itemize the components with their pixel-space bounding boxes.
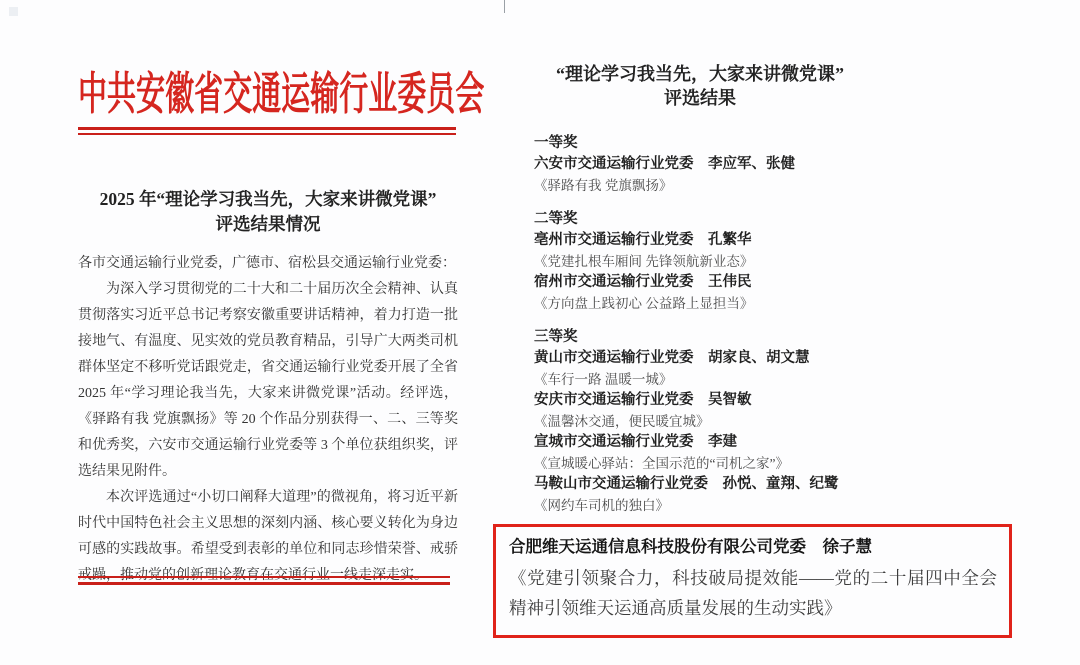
- results-title: “理论学习我当先，大家来讲微党课” 评选结果: [515, 62, 885, 110]
- award-winner: 宣城市交通运输行业党委 李建: [534, 432, 1014, 453]
- award-work-title: 《党建扎根车厢间 先锋领航新业态》: [534, 251, 1014, 272]
- letterhead-title: 中共安徽省交通运输行业委员会: [78, 72, 323, 118]
- document-scan: 中共安徽省交通运输行业委员会 2025 年“理论学习我当先，大家来讲微党课” 评…: [0, 0, 1080, 665]
- doc-body: 各市交通运输行业党委，广德市、宿松县交通运输行业党委： 为深入学习贯彻党的二十大…: [78, 251, 458, 589]
- award-work-title: 《车行一路 温暖一城》: [534, 369, 1014, 390]
- awards-list: 一等奖六安市交通运输行业党委 李应军、张健《驿路有我 党旗飘扬》二等奖亳州市交通…: [534, 133, 1014, 529]
- award-winner: 黄山市交通运输行业党委 胡家良、胡文慧: [534, 348, 1014, 369]
- doc-title: 2025 年“理论学习我当先，大家来讲微党课” 评选结果情况: [78, 187, 458, 237]
- award-tier-label: 三等奖: [534, 327, 1014, 348]
- body-paragraph-2: 本次评选通过“小切口阐释大道理”的微视角，将习近平新时代中国特色社会主义思想的深…: [78, 485, 458, 589]
- scan-artifact: [9, 7, 18, 16]
- award-tier-label: 一等奖: [534, 133, 1014, 154]
- award-section: 二等奖亳州市交通运输行业党委 孔繁华《党建扎根车厢间 先锋领航新业态》宿州市交通…: [534, 209, 1014, 314]
- award-winner: 亳州市交通运输行业党委 孔繁华: [534, 230, 1014, 251]
- results-title-line2: 评选结果: [664, 88, 736, 108]
- award-winner: 宿州市交通运输行业党委 王伟民: [534, 272, 1014, 293]
- award-work-title: 《宣城暖心驿站：全国示范的“司机之家”》: [534, 453, 1014, 474]
- doc-title-line1: 2025 年“理论学习我当先，大家来讲微党课”: [100, 189, 437, 209]
- award-winner: 安庆市交通运输行业党委 吴智敏: [534, 390, 1014, 411]
- left-page: 中共安徽省交通运输行业委员会 2025 年“理论学习我当先，大家来讲微党课” 评…: [78, 60, 458, 589]
- body-paragraph-1: 为深入学习贯彻党的二十大和二十届历次全会精神、认真贯彻落实习近平总书记考察安徽重…: [78, 277, 458, 485]
- award-work-title: 《方向盘上践初心 公益路上显担当》: [534, 293, 1014, 314]
- letterhead-footer-rule: [78, 576, 450, 585]
- award-work-title: 《温馨沐交通，便民暖宜城》: [534, 411, 1014, 432]
- highlight-work-title: 《党建引领聚合力，科技破局提效能——党的二十届四中全会精神引领维天运通高质量发展…: [509, 563, 997, 623]
- highlight-winner: 合肥维天运通信息科技股份有限公司党委 徐子慧: [509, 535, 997, 559]
- award-winner: 六安市交通运输行业党委 李应军、张健: [534, 154, 1014, 175]
- award-work-title: 《驿路有我 党旗飘扬》: [534, 175, 1014, 196]
- salutation-line: 各市交通运输行业党委，广德市、宿松县交通运输行业党委：: [78, 251, 458, 277]
- award-tier-label: 二等奖: [534, 209, 1014, 230]
- award-winner: 马鞍山市交通运输行业党委 孙悦、童翔、纪鹭: [534, 474, 1014, 495]
- results-title-line1: “理论学习我当先，大家来讲微党课”: [556, 64, 844, 84]
- letterhead-rule: [78, 127, 456, 135]
- right-page: “理论学习我当先，大家来讲微党课” 评选结果 一等奖六安市交通运输行业党委 李应…: [505, 62, 1035, 662]
- award-section: 一等奖六安市交通运输行业党委 李应军、张健《驿路有我 党旗飘扬》: [534, 133, 1014, 196]
- doc-title-line2: 评选结果情况: [216, 214, 321, 234]
- award-work-title: 《网约车司机的独白》: [534, 495, 1014, 516]
- award-section: 三等奖黄山市交通运输行业党委 胡家良、胡文慧《车行一路 温暖一城》安庆市交通运输…: [534, 327, 1014, 516]
- highlight-box: 合肥维天运通信息科技股份有限公司党委 徐子慧 《党建引领聚合力，科技破局提效能—…: [493, 524, 1012, 638]
- page-gutter-line: [504, 0, 505, 13]
